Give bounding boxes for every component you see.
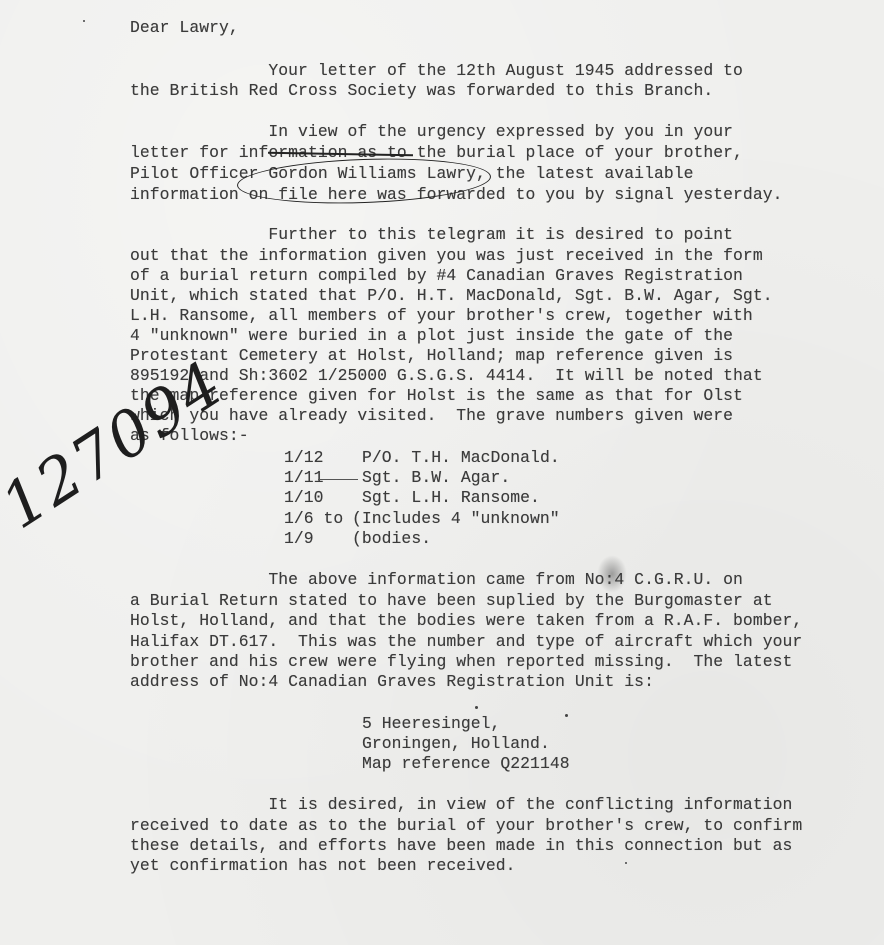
salutation: Dear Lawry, bbox=[130, 18, 239, 38]
paragraph4-line: Halifax DT.617. This was the number and … bbox=[130, 632, 802, 652]
paragraph3-line: out that the information given you was j… bbox=[130, 246, 763, 266]
paragraph5-line: yet confirmation has not been received. bbox=[130, 856, 516, 876]
paragraph5-line: It is desired, in view of the conflictin… bbox=[130, 795, 792, 815]
grave-number: 1/11 bbox=[284, 468, 324, 488]
speck bbox=[625, 862, 627, 864]
paragraph5-line: received to date as to the burial of you… bbox=[130, 816, 802, 836]
speck bbox=[565, 714, 568, 717]
paragraph3-line: Further to this telegram it is desired t… bbox=[130, 225, 733, 245]
grave-name: Sgt. L.H. Ransome. bbox=[362, 488, 540, 508]
grave-number: 1/12 bbox=[284, 448, 324, 468]
paragraph3-line: 895192 and Sh:3602 1/25000 G.S.G.S. 4414… bbox=[130, 366, 763, 386]
paragraph3-line: of a burial return compiled by #4 Canadi… bbox=[130, 266, 743, 286]
grave-number: 1/10 bbox=[284, 488, 324, 508]
paragraph4-line: address of No:4 Canadian Graves Registra… bbox=[130, 672, 654, 692]
grave-number: 1/6 to bbox=[284, 509, 343, 529]
letter-page: Dear Lawry, Your letter of the 12th Augu… bbox=[0, 0, 884, 945]
paragraph1-line: the British Red Cross Society was forwar… bbox=[130, 81, 713, 101]
paragraph3-line: 4 "unknown" were buried in a plot just i… bbox=[130, 326, 733, 346]
paragraph2-line: In view of the urgency expressed by you … bbox=[130, 122, 733, 142]
dash-mark bbox=[318, 479, 358, 480]
speck bbox=[475, 706, 478, 709]
paragraph4-line: brother and his crew were flying when re… bbox=[130, 652, 792, 672]
grave-name: Sgt. B.W. Agar. bbox=[362, 468, 510, 488]
grave-name: (Includes 4 "unknown" bbox=[352, 509, 560, 529]
paragraph4-line: a Burial Return stated to have been supl… bbox=[130, 591, 773, 611]
paragraph3-line: Protestant Cemetery at Holst, Holland; m… bbox=[130, 346, 733, 366]
grave-name: P/O. T.H. MacDonald. bbox=[362, 448, 560, 468]
paragraph4-line: Holst, Holland, and that the bodies were… bbox=[130, 611, 802, 631]
speck bbox=[83, 20, 85, 22]
address-line: Groningen, Holland. bbox=[362, 734, 550, 754]
paragraph3-line: L.H. Ransome, all members of your brothe… bbox=[130, 306, 753, 326]
grave-number: 1/9 bbox=[284, 529, 314, 549]
address-line: 5 Heeresingel, bbox=[362, 714, 500, 734]
grave-name: (bodies. bbox=[352, 529, 431, 549]
paragraph1-line: Your letter of the 12th August 1945 addr… bbox=[130, 61, 743, 81]
paragraph3-line: Unit, which stated that P/O. H.T. MacDon… bbox=[130, 286, 773, 306]
address-line: Map reference Q221148 bbox=[362, 754, 570, 774]
paragraph4-line: The above information came from No:4 C.G… bbox=[130, 570, 743, 590]
paragraph5-line: these details, and efforts have been mad… bbox=[130, 836, 792, 856]
ink-smudge bbox=[597, 555, 627, 593]
